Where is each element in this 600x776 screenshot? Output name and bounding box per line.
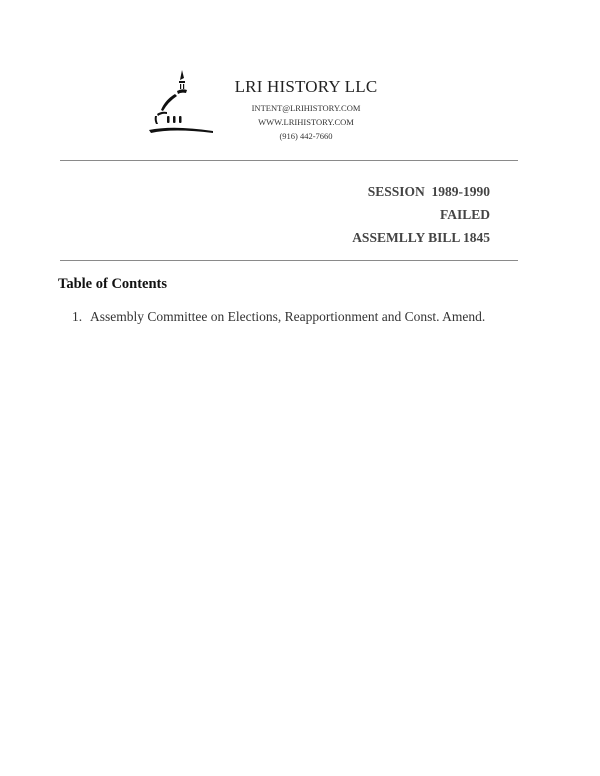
company-name: LRI HISTORY LLC — [226, 77, 386, 97]
company-email: INTENT@LRIHISTORY.COM — [226, 101, 386, 115]
company-phone: (916) 442-7660 — [226, 129, 386, 143]
bill-name: ASSEMLLY BILL 1845 — [352, 226, 490, 249]
bill-info: SESSION 1989-1990 FAILED ASSEMLLY BILL 1… — [352, 180, 490, 249]
letterhead: LRI HISTORY LLC INTENT@LRIHISTORY.COM WW… — [226, 77, 386, 143]
divider-bottom — [60, 260, 518, 261]
divider-top — [60, 160, 518, 161]
capitol-dome-icon — [143, 64, 217, 138]
toc-item-number: 1. — [72, 308, 82, 326]
toc-item-label[interactable]: Assembly Committee on Elections, Reappor… — [90, 308, 485, 326]
company-website: WWW.LRIHISTORY.COM — [226, 115, 386, 129]
toc-title: Table of Contents — [58, 276, 167, 293]
toc-item[interactable]: 1. Assembly Committee on Elections, Reap… — [72, 308, 485, 326]
session-label: SESSION 1989-1990 — [352, 180, 490, 203]
bill-status: FAILED — [352, 203, 490, 226]
toc-list: 1. Assembly Committee on Elections, Reap… — [72, 308, 485, 326]
